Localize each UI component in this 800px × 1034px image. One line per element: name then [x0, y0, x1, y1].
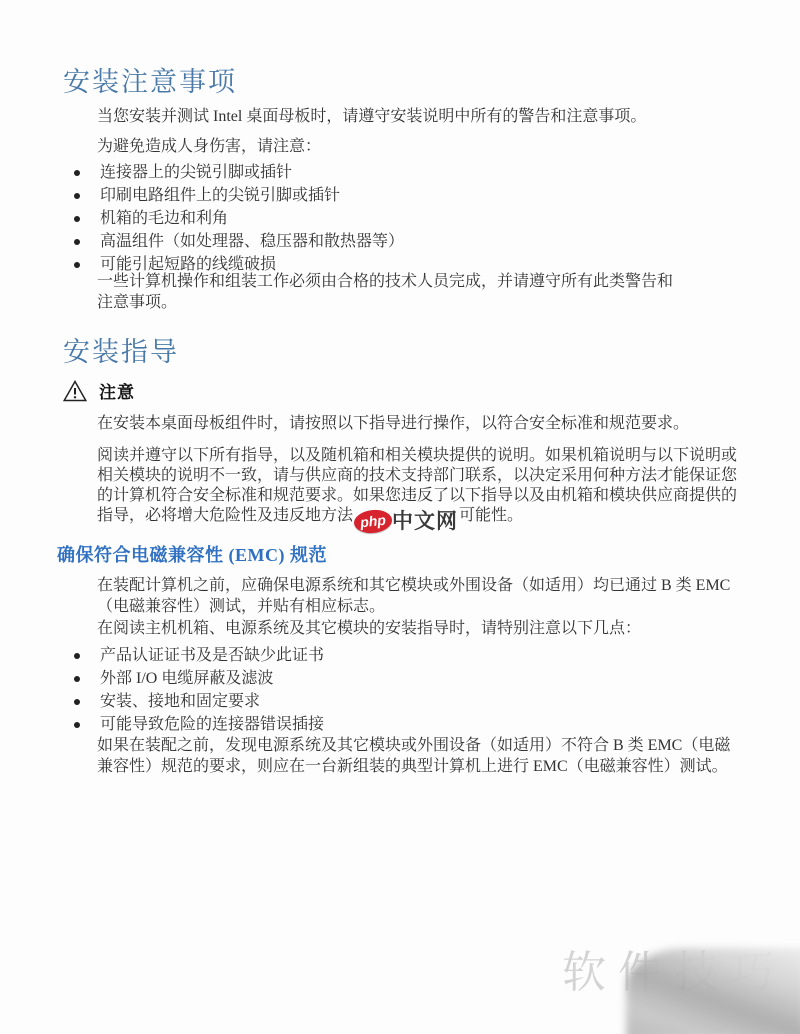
list-item: 外部 I/O 电缆屏蔽及滤波 [70, 667, 730, 690]
warning-triangle-icon [63, 380, 87, 402]
list-item: 连接器上的尖锐引脚或插针 [70, 161, 730, 184]
emc-paragraph-3: 如果在装配之前，发现电源系统及其它模块或外围设备（如适用）不符合 B 类 EMC… [97, 735, 769, 777]
section-title-precautions: 安装注意事项 [63, 60, 237, 99]
technician-note: 一些计算机操作和组装工作必须由合格的技术人员完成，并请遵守所有此类警告和 注意事… [97, 271, 769, 313]
caution-header: 注意 [63, 378, 135, 403]
php-logo-suffix: 中文网 [392, 512, 458, 532]
emc-point-list: 产品认证证书及是否缺少此证书 外部 I/O 电缆屏蔽及滤波 安装、接地和固定要求… [70, 644, 730, 736]
list-item: 机箱的毛边和利角 [70, 207, 730, 230]
caution-text: 在安装本桌面母板组件时，请按照以下指导进行操作，以符合安全标准和规范要求。 [97, 414, 769, 434]
list-item: 安装、接地和固定要求 [70, 690, 730, 713]
precautions-intro: 当您安装并测试 Intel 桌面母板时，请遵守安装说明中所有的警告和注意事项。 [97, 107, 769, 127]
corner-watermark-blob [626, 948, 800, 1034]
injury-warning-intro: 为避免造成人身伤害，请注意： [97, 137, 769, 157]
section-title-guidance: 安装指导 [63, 330, 179, 369]
php-logo-badge: php [353, 508, 393, 535]
list-item: 高温组件（如处理器、稳压器和散热器等） [70, 230, 730, 253]
hazard-list: 连接器上的尖锐引脚或插针 印刷电路组件上的尖锐引脚或插针 机箱的毛边和利角 高温… [70, 161, 730, 276]
caution-label: 注意 [99, 378, 135, 403]
list-item: 印刷电路组件上的尖锐引脚或插针 [70, 184, 730, 207]
document-page: 安装注意事项 当您安装并测试 Intel 桌面母板时，请遵守安装说明中所有的警告… [0, 0, 800, 1034]
list-item: 可能导致危险的连接器错误插接 [70, 713, 730, 736]
emc-paragraph-2: 在阅读主机机箱、电源系统及其它模块的安装指导时，请特别注意以下几点： [97, 619, 769, 639]
php-cn-watermark-logo: php中文网 [354, 510, 458, 533]
list-item: 产品认证证书及是否缺少此证书 [70, 644, 730, 667]
emc-subsection-heading: 确保符合电磁兼容性 (EMC) 规范 [57, 541, 327, 567]
guidance-paragraph: 阅读并遵守以下所有指导，以及随机箱和相关模块提供的说明。如果机箱说明与以下说明或… [97, 446, 769, 533]
guidance-text-after: 可能性。 [459, 507, 523, 524]
emc-paragraph-1: 在装配计算机之前，应确保电源系统和其它模块或外围设备（如适用）均已通过 B 类 … [97, 575, 769, 617]
